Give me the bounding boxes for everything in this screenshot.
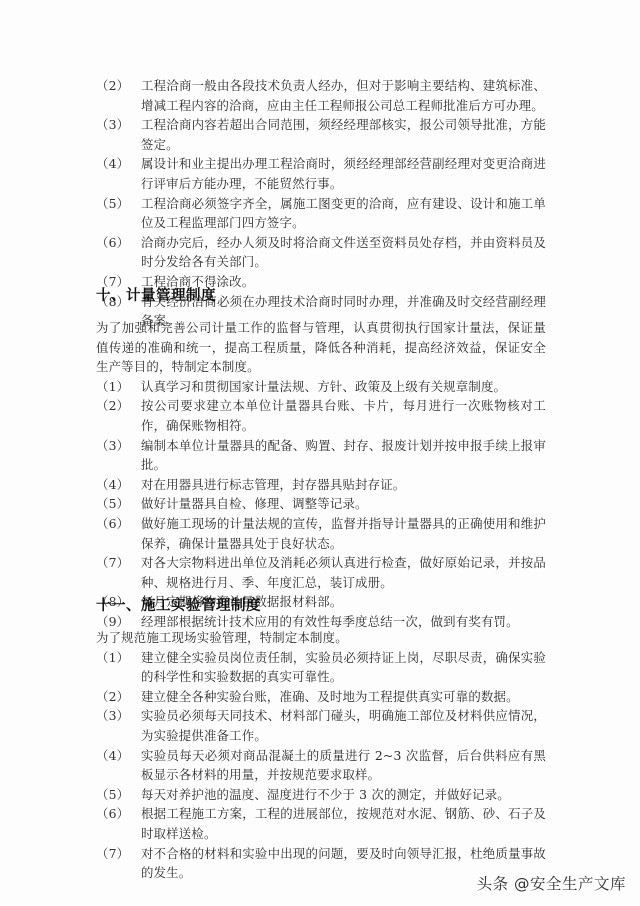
list-item: （3） 工程洽商内容若超出合同范围，须经经理部核实，报公司领导批准，方能签定。 [96,115,546,154]
item-text: 认真学习和贯彻国家计量法规、方针、政策及上级有关规章制度。 [141,377,546,397]
list-item: （5） 每天对养护池的温度、湿度进行不少于 3 次的测定，并做好记录。 [96,785,546,805]
item-number: （1） [96,648,141,687]
list-item: （4） 属设计和业主提出办理工程洽商时，须经经理部经营副经理对变更洽商进行评审后… [96,154,546,193]
list-item: （1） 认真学习和贯彻国家计量法规、方针、政策及上级有关规章制度。 [96,377,546,397]
item-number: （3） [96,115,141,154]
source-watermark: 头条 @安全生产文库 [477,872,626,894]
section-heading: 十一、施工实验管理制度 [96,594,261,615]
item-number: （2） [96,76,141,115]
item-text: 实验员必须每天同技术、材料部门碰头，明确施工部位及材料供应情况，为实验提供准备工… [141,706,546,745]
item-number: （2） [96,687,141,707]
item-number: （3） [96,436,141,475]
list-item: （4） 实验员每天必须对商品混凝土的质量进行 2~3 次监督，后台供料应有黑板显… [96,746,546,785]
list-item: （6） 洽商办完后，经办人须及时将洽商文件送至资料员处存档，并由资料员及时分发给… [96,233,546,272]
item-text: 实验员每天必须对商品混凝土的质量进行 2~3 次监督，后台供料应有黑板显示各材料… [141,746,546,785]
item-text: 做好施工现场的计量法规的宣传，监督并指导计量器具的正确使用和维护保养，确保计量器… [141,514,546,553]
item-text: 编制本单位计量器具的配备、购置、封存、报废计划并按申报手续上报审批。 [141,436,546,475]
section-intro: 为了规范施工现场实验管理，特制定本制度。 [96,628,546,648]
section-heading: 十、计量管理制度 [96,284,216,305]
item-text: 工程洽商一般由各段技术负责人经办，但对于影响主要结构、建筑标准、增减工程内容的洽… [141,76,546,115]
list-item: （2） 工程洽商一般由各段技术负责人经办，但对于影响主要结构、建筑标准、增减工程… [96,76,546,115]
item-text: 按公司要求建立本单位计量器具台账、卡片，每月进行一次账物核对工作，确保账物相符。 [141,396,546,435]
item-number: （5） [96,494,141,514]
list-item: （2） 建立健全各种实验台账，准确、及时地为工程提供真实可靠的数据。 [96,687,546,707]
document-page: （2） 工程洽商一般由各段技术负责人经办，但对于影响主要结构、建筑标准、增减工程… [0,0,640,906]
list-item: （6） 根据工程施工方案，工程的进展部位，按规范对水泥、钢筋、砂、石子及时取样送… [96,804,546,843]
item-number: （3） [96,706,141,745]
list-item: （1） 建立健全实验员岗位责任制，实验员必须持证上岗，尽职尽责，确保实验的科学性… [96,648,546,687]
item-text: 对在用器具进行标志管理，封存器具贴封存证。 [141,475,546,495]
list-item: （7） 对各大宗物料进出单位及消耗必须认真进行检查，做好原始记录，并按品种、规格… [96,553,546,592]
list-item: （5） 工程洽商必须签字齐全，属施工图变更的洽商，应有建设、设计和施工单位及工程… [96,194,546,233]
list-item: （5） 做好计量器具自检、修理、调整等记录。 [96,494,546,514]
list-item: （3） 编制本单位计量器具的配备、购置、封存、报废计划并按申报手续上报审批。 [96,436,546,475]
item-text: 洽商办完后，经办人须及时将洽商文件送至资料员处存档，并由资料员及时分发给各有关部… [141,233,546,272]
item-text: 工程洽商必须签字齐全，属施工图变更的洽商，应有建设、设计和施工单位及工程监理部门… [141,194,546,233]
item-text: 建立健全各种实验台账，准确、及时地为工程提供真实可靠的数据。 [141,687,546,707]
item-number: （6） [96,233,141,272]
item-text: 对各大宗物料进出单位及消耗必须认真进行检查，做好原始记录，并按品种、规格进行月、… [141,553,546,592]
item-text: 做好计量器具自检、修理、调整等记录。 [141,494,546,514]
item-text: 建立健全实验员岗位责任制，实验员必须持证上岗，尽职尽责，确保实验的科学性和实验数… [141,648,546,687]
item-number: （1） [96,377,141,397]
section-intro: 为了加强和完善公司计量工作的监督与管理，认真贯彻执行国家计量法，保证量值传递的准… [96,318,546,377]
section11-body: 为了规范施工现场实验管理，特制定本制度。 （1） 建立健全实验员岗位责任制，实验… [96,628,546,883]
section10-body: 为了加强和完善公司计量工作的监督与管理，认真贯彻执行国家计量法，保证量值传递的准… [96,318,546,632]
item-text: 工程洽商内容若超出合同范围，须经经理部核实，报公司领导批准，方能签定。 [141,115,546,154]
item-text: 每天对养护池的温度、湿度进行不少于 3 次的测定，并做好记录。 [141,785,546,805]
item-number: （4） [96,154,141,193]
item-text: 根据工程施工方案，工程的进展部位，按规范对水泥、钢筋、砂、石子及时取样送检。 [141,804,546,843]
item-number: （4） [96,475,141,495]
item-number: （5） [96,785,141,805]
list-item: （4） 对在用器具进行标志管理，封存器具贴封存证。 [96,475,546,495]
item-number: （7） [96,844,141,883]
item-number: （5） [96,194,141,233]
list-item: （6） 做好施工现场的计量法规的宣传，监督并指导计量器具的正确使用和维护保养，确… [96,514,546,553]
item-number: （4） [96,746,141,785]
list-item: （3） 实验员必须每天同技术、材料部门碰头，明确施工部位及材料供应情况，为实验提… [96,706,546,745]
item-number: （2） [96,396,141,435]
item-text: 属设计和业主提出办理工程洽商时，须经经理部经营副经理对变更洽商进行评审后方能办理… [141,154,546,193]
list-item: （2） 按公司要求建立本单位计量器具台账、卡片，每月进行一次账物核对工作，确保账… [96,396,546,435]
item-number: （6） [96,804,141,843]
item-number: （6） [96,514,141,553]
item-number: （7） [96,553,141,592]
